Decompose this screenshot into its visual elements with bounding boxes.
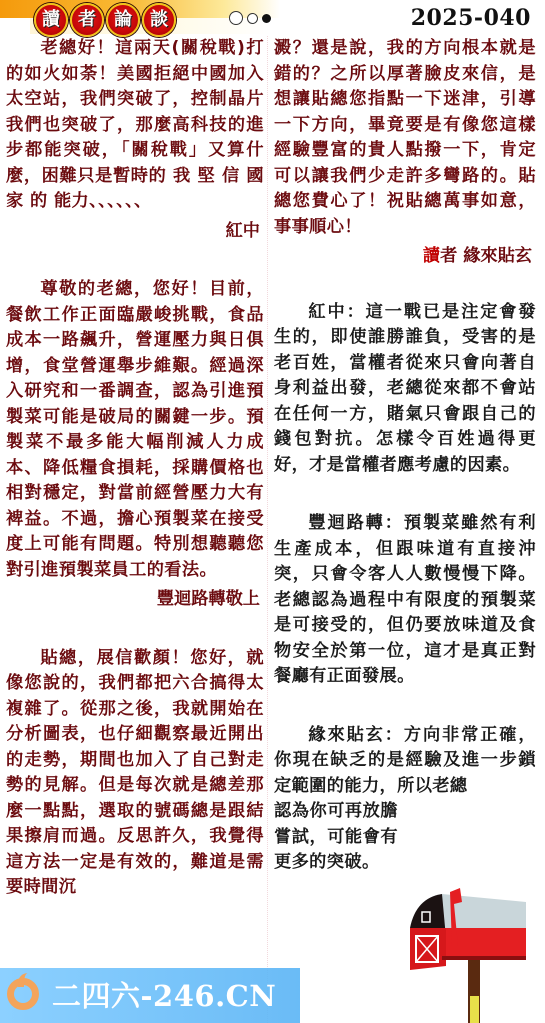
title-char-badge: 者 <box>70 3 104 37</box>
letter-signature: 讀者 緣來貼玄 <box>274 244 532 270</box>
reply-body: 豐迴路轉：預製菜雖然有利生產成本，但跟味道有直接沖突，只會令客人人數慢慢下降。老… <box>274 511 536 690</box>
reply-body: 緣來貼玄：方向非常正確，你現在缺乏的是經驗及進一步鎖定範圍的能力，所以老總 <box>274 723 536 800</box>
red-barn-mailbox-icon <box>402 888 530 1023</box>
watermark-text: 二四六-246.CN <box>52 974 276 1015</box>
title-char-badge: 談 <box>142 3 176 37</box>
right-column: 澱？還是說，我的方向根本就是錯的？之所以厚著臉皮來信，是想讓貼總您指點一下迷津，… <box>274 36 536 876</box>
circle-outline-small-icon <box>247 13 258 24</box>
site-watermark: 二四六-246.CN <box>0 968 300 1023</box>
column-title-logo: 讀 者 論 談 <box>34 3 176 37</box>
letter-body: 尊敬的老總，您好！目前，餐飲工作正面臨嚴峻挑戰，食品成本一路飆升，營運壓力與日俱… <box>6 277 264 583</box>
six-logo-icon <box>7 978 39 1010</box>
circle-filled-icon <box>262 14 271 23</box>
title-char-badge: 論 <box>106 3 140 37</box>
letter-body: 貼總，展信歡顏！您好，就像您說的，我們都把六合搞得太複雜了。從那之後，我就開始在… <box>6 646 264 901</box>
decorative-dots <box>229 11 271 25</box>
circle-outline-icon <box>229 11 243 25</box>
reply-body-wrapped: 認為你可再放膽嘗試，可能會有更多的突破。 <box>274 799 398 876</box>
page-header: 讀 者 論 談 2025-040 <box>0 0 545 36</box>
left-column: 老總好！這兩天(關稅戰)打的如火如荼！美國拒絕中國加入太空站，我們突破了，控制晶… <box>6 36 264 901</box>
letter-signature: 豐迴路轉敬上 <box>6 587 260 613</box>
title-char-badge: 讀 <box>34 3 68 37</box>
issue-number: 2025-040 <box>411 5 531 31</box>
reply-body: 紅中：這一戰已是注定會發生的，即使誰勝誰負，受害的是老百姓，當權者從來只會向著自… <box>274 300 536 479</box>
letter-signature: 紅中 <box>6 219 260 245</box>
column-divider <box>267 36 268 1023</box>
letter-body: 老總好！這兩天(關稅戰)打的如火如荼！美國拒絕中國加入太空站，我們突破了，控制晶… <box>6 36 264 215</box>
letter-continuation: 澱？還是說，我的方向根本就是錯的？之所以厚著臉皮來信，是想讓貼總您指點一下迷津，… <box>274 36 536 240</box>
